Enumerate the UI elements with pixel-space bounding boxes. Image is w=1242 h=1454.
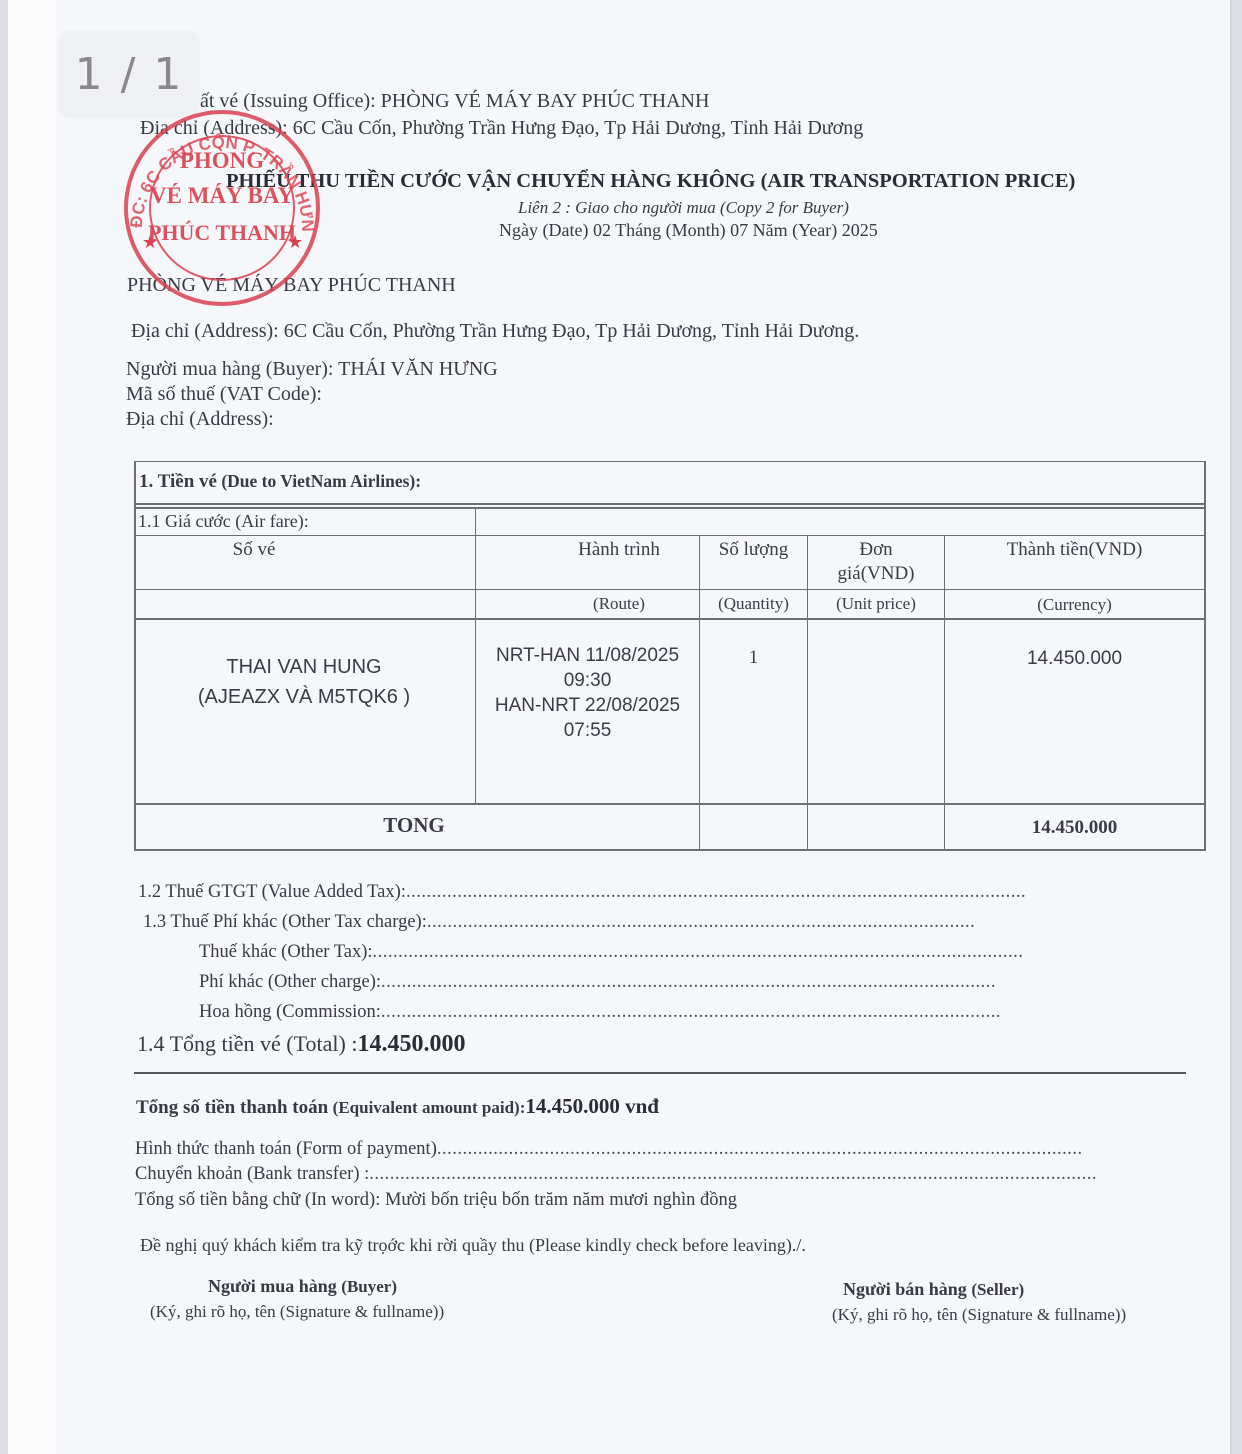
check-notice: Đề nghị quý khách kiểm tra kỹ trọớc khi … [140, 1235, 806, 1256]
divider-line [134, 1072, 1186, 1074]
bank-transfer-line: Chuyển khoản (Bank transfer) :..........… [135, 1164, 1097, 1185]
seller-address: Địa chỉ (Address): 6C Cầu Cốn, Phường Tr… [131, 320, 859, 343]
page-margin-strip [8, 0, 56, 1454]
ticket-total-line: 1.4 Tổng tiền vé (Total) :14.450.000 [137, 1031, 465, 1058]
route-outbound-time: 09:30 [476, 670, 699, 692]
route-return: HAN-NRT 22/08/2025 [476, 695, 699, 717]
buyer-signature-title: Người mua hàng (Buyer) [208, 1276, 397, 1297]
amount-paid-line: Tổng số tiền thanh toán (Equivalent amou… [136, 1094, 659, 1119]
issuing-office: ất vé (Issuing Office): PHÒNG VÉ MÁY BAY… [200, 90, 709, 113]
form-of-payment-line: Hình thức thanh toán (Form of payment)..… [135, 1139, 1083, 1160]
buyer-signature-hint: (Ký, ghi rõ họ, tên (Signature & fullnam… [150, 1302, 444, 1322]
quantity-value: 1 [700, 647, 807, 669]
seller-signature-hint: (Ký, ghi rõ họ, tên (Signature & fullnam… [832, 1305, 1126, 1325]
header-ticket: Số vé [134, 539, 374, 561]
total-amount: 14.450.000 [945, 817, 1204, 839]
subheader-route: (Route) [534, 594, 704, 614]
buyer-vat-code: Mã số thuế (VAT Code): [126, 383, 322, 406]
copy-line: Liên 2 : Giao cho người mua (Copy 2 for … [518, 198, 849, 218]
header-unit-price-1: Đơn [808, 539, 944, 561]
page-counter-badge: 1 / 1 [58, 30, 200, 118]
header-unit-price-2: giá(VND) [808, 563, 944, 585]
header-route: Hành trình [534, 539, 704, 561]
other-tax-line: Thuế khác (Other Tax):..................… [199, 942, 1023, 963]
seller-name: PHÒNG VÉ MÁY BAY PHÚC THANH [127, 274, 456, 297]
ticket-codes: (AJEAZX VÀ M5TQK6 ) [164, 686, 444, 709]
subsection-air-fare: 1.1 Giá cước (Air fare): [138, 511, 309, 532]
header-amount: Thành tiền(VND) [945, 539, 1204, 561]
total-label: TONG [314, 813, 514, 838]
subheader-quantity: (Quantity) [700, 594, 807, 614]
document-title: PHIẾU THU TIỀN CƯỚC VẬN CHUYỂN HÀNG KHÔN… [226, 170, 1075, 193]
document-date: Ngày (Date) 02 Tháng (Month) 07 Năm (Yea… [499, 220, 878, 241]
subheader-amount: (Currency) [945, 595, 1204, 615]
issuing-address: Địa chỉ (Address): 6C Cầu Cốn, Phường Tr… [140, 117, 863, 140]
route-return-time: 07:55 [476, 720, 699, 742]
section-title: 1. Tiền vé (Due to VietNam Airlines): [139, 471, 421, 493]
amount-value: 14.450.000 [945, 648, 1204, 670]
buyer-name: Người mua hàng (Buyer): THÁI VĂN HƯNG [126, 358, 498, 381]
commission-line: Hoa hồng (Commission:...................… [199, 1002, 1001, 1023]
ticket-passenger-name: THAI VAN HUNG [164, 656, 444, 679]
header-quantity: Số lượng [700, 539, 807, 561]
seller-signature-title: Người bán hàng (Seller) [843, 1279, 1024, 1300]
other-tax-charge-line: 1.3 Thuế Phí khác (Other Tax charge):...… [143, 912, 975, 933]
subheader-unit-price: (Unit price) [808, 594, 944, 614]
amount-in-words: Tổng số tiền bằng chữ (In word): Mười bố… [135, 1190, 737, 1211]
other-charge-line: Phí khác (Other charge):................… [199, 972, 996, 993]
fare-table: 1. Tiền vé (Due to VietNam Airlines): 1.… [134, 461, 1206, 851]
vat-line: 1.2 Thuế GTGT (Value Added Tax):........… [138, 882, 1026, 903]
buyer-address: Địa chỉ (Address): [126, 408, 274, 431]
route-outbound: NRT-HAN 11/08/2025 [476, 645, 699, 667]
